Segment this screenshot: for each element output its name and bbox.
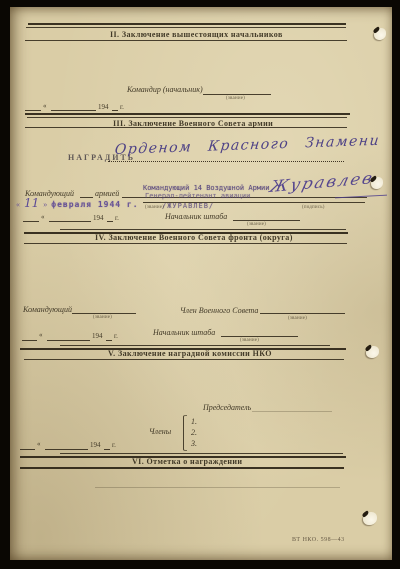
- divider: [24, 243, 347, 244]
- divider: [25, 127, 347, 128]
- typed-commander-name: /ЖУРАВЛЕВ/: [162, 202, 214, 210]
- section-4-header: IV. Заключение Военного Совета фронта (о…: [95, 233, 293, 242]
- divider: [25, 40, 347, 41]
- date-suffix: г.: [120, 103, 124, 111]
- members-brace: [183, 415, 187, 451]
- divider: [20, 467, 344, 469]
- blank-line: [107, 221, 113, 222]
- divider: [60, 453, 343, 454]
- divider: [95, 487, 340, 488]
- signature-hint: (подпись): [302, 205, 325, 210]
- section-6-header: VI. Отметка о награждении: [132, 457, 242, 466]
- rank-hint: (звание): [93, 315, 112, 320]
- date-year: 194: [92, 332, 103, 340]
- blank-line: [112, 110, 118, 111]
- stamp-close-quote: »: [43, 200, 47, 209]
- blank-line: [45, 449, 88, 450]
- divider: [26, 27, 346, 28]
- blank-line: [203, 94, 271, 95]
- typed-commander-line-2: Генерал-лейтенант авиации: [145, 192, 250, 200]
- divider: [25, 113, 350, 115]
- blank-line: [221, 336, 298, 337]
- blank-line: [106, 340, 112, 341]
- date-quote: «: [37, 440, 41, 448]
- blank-line: [51, 110, 96, 111]
- date-quote: «: [39, 331, 43, 339]
- rank-hint: (звание): [288, 316, 307, 321]
- stamp-month-year: февраля 1944 г.: [51, 200, 138, 209]
- blank-line: [22, 340, 37, 341]
- divider: [60, 229, 346, 230]
- chief-of-staff-label: Начальник штаба: [165, 212, 227, 221]
- date-year: 194: [90, 441, 101, 449]
- blank-line: [20, 449, 35, 450]
- blank-line: [252, 411, 332, 412]
- divider: [27, 117, 347, 118]
- blank-line: [47, 340, 90, 341]
- blank-line: [25, 110, 41, 111]
- member-item: 3.: [191, 439, 197, 448]
- divider: [60, 345, 330, 346]
- blank-line: [23, 221, 39, 222]
- blank-line: [104, 449, 110, 450]
- section-2-header: II. Заключение вышестоящих начальников: [110, 30, 283, 39]
- chief-of-staff-label: Начальник штаба: [153, 328, 215, 337]
- blank-line: [233, 220, 300, 221]
- stamped-date-line: « 11 » февраля 1944 г.: [16, 194, 139, 212]
- member-item: 2.: [191, 428, 197, 437]
- military-council-member-label: Член Военного Совета: [180, 306, 258, 315]
- stamp-day: 11: [24, 196, 39, 210]
- award-dotted-line: [108, 161, 344, 162]
- member-item: 1.: [191, 417, 197, 426]
- rank-hint: (звание): [145, 205, 164, 210]
- commander-chief-label: Командир (начальник): [127, 85, 203, 94]
- blank-line: [72, 313, 136, 314]
- rank-hint: (звание): [240, 338, 259, 343]
- section-5-header: V. Заключение наградной комиссии НКО: [108, 349, 272, 358]
- front-commander-label: Командующий: [23, 305, 72, 314]
- divider: [24, 359, 344, 360]
- divider: [28, 23, 346, 25]
- members-label: Члены: [149, 427, 171, 436]
- rank-hint: (звание): [226, 96, 245, 101]
- date-year: 194: [98, 103, 109, 111]
- blank-line: [49, 221, 91, 222]
- stamp-open-quote: «: [16, 200, 20, 209]
- typed-commander-line-1: Командующий 14 Воздушной Армии: [143, 184, 269, 192]
- date-suffix: г.: [112, 441, 116, 449]
- scanned-award-document: II. Заключение вышестоящих начальников К…: [0, 0, 400, 569]
- date-quote: «: [41, 213, 45, 221]
- print-shop-code: ВТ НКО. 598—43: [292, 537, 345, 543]
- rank-hint: (звание): [247, 222, 266, 227]
- date-suffix: г.: [114, 332, 118, 340]
- date-suffix: г.: [115, 214, 119, 222]
- date-quote: «: [43, 102, 47, 110]
- chairman-label: Председатель: [203, 403, 251, 412]
- date-year: 194: [93, 214, 104, 222]
- blank-line: [260, 313, 345, 314]
